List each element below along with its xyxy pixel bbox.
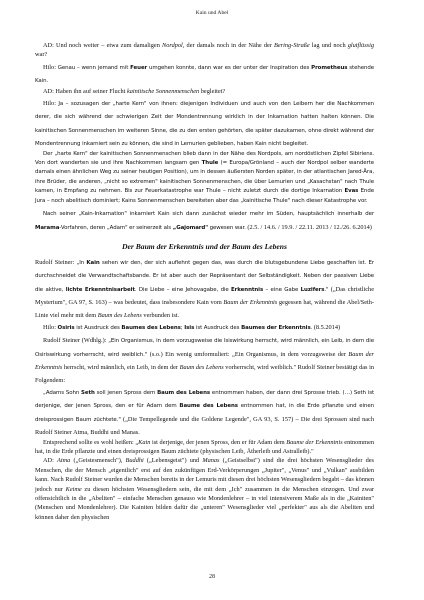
paragraph-steiner-organismus: Rudolf Steiner (Wdhlg.): „Ein Organismus… [35, 333, 374, 385]
paragraph-ad-nordpol: AD: Und noch weiter – etwa zum damaligen… [35, 41, 374, 60]
page-body: AD: Und noch weiter – etwa zum damaligen… [35, 41, 374, 522]
document-page: Kain und Abel AD: Und noch weiter – etwa… [0, 0, 424, 600]
paragraph-ad-atma: AD: Atma („Geistesmensch"), Buddhi („Leb… [35, 456, 374, 522]
paragraph-steiner-kain: Rudolf Steiner: „In Kain sehen wir den, … [35, 255, 374, 320]
section-heading: Der Baum der Erkenntnis und der Baum des… [35, 242, 374, 251]
paragraph-ad-flucht: AD: Haben ihn auf seiner Flucht kainitis… [35, 87, 374, 96]
paragraph-hilo-feuer: Hilo: Genau – wenn jemand mit Feuer umge… [35, 60, 374, 87]
paragraph-seth-quote: „Adams Sohn Seth soll jenen Spross dem B… [35, 385, 374, 438]
paragraph-hilo-harte-kern: Hilo: Ja – sozusagen der „harte Kern" vo… [35, 96, 374, 150]
paragraph-hilo-osiris-isis: Hilo: Osiris ist Ausdruck des Baumes des… [35, 320, 374, 333]
running-header: Kain und Abel [0, 10, 424, 16]
paragraph-kain-inkarnation: Nach seiner „Kain-Inkarnation" inkarnier… [35, 206, 374, 233]
page-number: 28 [0, 574, 424, 580]
paragraph-thule: Der „harte Kern" der kainitischen Sonnen… [35, 150, 374, 206]
paragraph-entsprechend: Entsprechend sollte es wohl heißen: „Kai… [35, 438, 374, 457]
